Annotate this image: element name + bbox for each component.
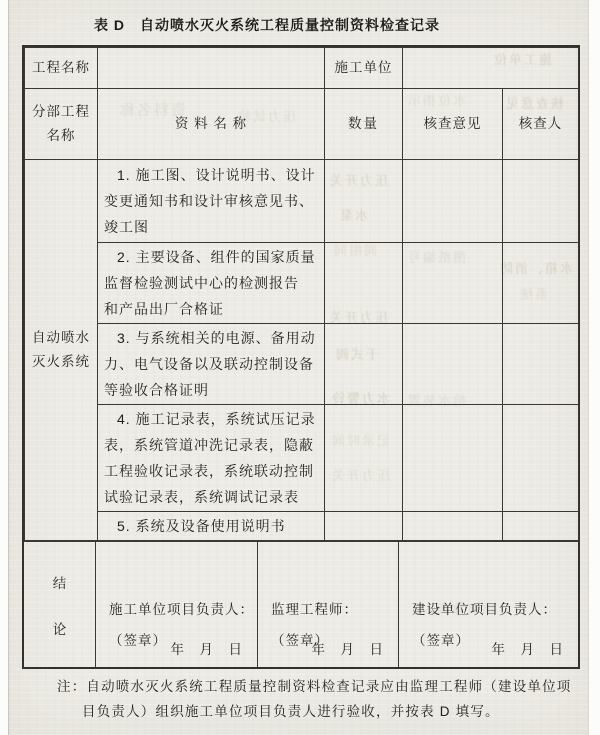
item-2-material-cell: 2. 主要设备、组件的国家质量 监督检验测试中心的检测报告 和产品出厂合格证	[98, 243, 325, 324]
owner-signature-cell: 建设单位项目负责人： （签章） 年 月 日	[399, 542, 578, 667]
item-4-quantity-cell	[325, 405, 403, 512]
item-row-1: 自动喷水 灭火系统 1. 施工图、设计说明书、设计 变更通知书和设计审核意见书、…	[25, 160, 579, 243]
subproject-header-cell: 分部工程 名称	[25, 89, 98, 160]
item-text-line: 表，系统管道冲洗记录表，隐蔽	[104, 432, 320, 458]
check-opinion-header-cell: 核查意见	[403, 89, 503, 160]
construction-unit-label-cell: 施工单位	[325, 48, 403, 89]
row-column-headers: 分部工程 名称 资 料 名 称 数量 核查意见 核查人	[25, 89, 579, 160]
construction-unit-value-cell	[403, 48, 579, 89]
item-5-quantity-cell	[325, 512, 403, 541]
system-name-cell: 自动喷水 灭火系统	[25, 160, 98, 541]
quantity-header-cell: 数量	[325, 89, 403, 160]
item-5-opinion-cell	[403, 512, 503, 541]
item-1-quantity-cell	[325, 160, 403, 243]
item-1-material-cell: 1. 施工图、设计说明书、设计 变更通知书和设计审核意见书、 竣工图	[98, 160, 325, 243]
item-3-opinion-cell	[403, 324, 503, 405]
item-1-opinion-cell	[403, 160, 503, 243]
item-text-line: 变更通知书和设计审核意见书、	[104, 188, 320, 214]
scanned-document-sheet: 施工单位 资料名称 水位指示 核查意见 压力试验 压力开关 水泵 阀组间 图纸编…	[0, 0, 600, 735]
footnote-line2: 目负责人）组织施工单位项目负责人进行验收，并按表 D 填写。	[57, 699, 572, 724]
item-1-checker-cell	[503, 160, 579, 243]
contractor-signature-title: 施工单位项目负责人：	[109, 598, 257, 618]
supervisor-date-label: 年 月 日	[312, 638, 385, 658]
item-text-line: 3. 与系统相关的电源、备用动	[104, 325, 320, 351]
supervisor-signature-cell: 监理工程师： （签章） 年 月 日	[258, 542, 399, 667]
contractor-signature-cell: 施工单位项目负责人： （签章） 年 月 日	[96, 542, 258, 667]
project-name-label-cell: 工程名称	[25, 48, 98, 89]
item-4-material-cell: 4. 施工记录表，系统试压记录 表，系统管道冲洗记录表，隐蔽 工程验收记录表，系…	[98, 405, 325, 512]
item-text-line: 力、电气设备以及联动控制设备	[104, 351, 320, 377]
item-3-checker-cell	[503, 324, 579, 405]
item-text-line: 监督检验测试中心的检测报告	[104, 270, 320, 296]
conclusion-label-line1: 结	[53, 572, 67, 592]
item-5-checker-cell	[503, 512, 579, 541]
row-project-info: 工程名称 施工单位	[25, 48, 579, 89]
item-row-2: 2. 主要设备、组件的国家质量 监督检验测试中心的检测报告 和产品出厂合格证	[25, 243, 579, 324]
footnote: 注：自动喷水灭火系统工程质量控制资料检查记录应由监理工程师（建设单位项 目负责人…	[57, 674, 572, 724]
item-text-line: 试验记录表，系统调试记录表	[104, 484, 320, 510]
item-text-line: 4. 施工记录表，系统试压记录	[104, 406, 320, 432]
item-2-opinion-cell	[403, 243, 503, 324]
item-2-quantity-cell	[325, 243, 403, 324]
subproject-header-line2: 名称	[25, 124, 97, 148]
form-table: 工程名称 施工单位 分部工程 名称 资 料 名 称 数量 核查意见 核查人 自动…	[24, 47, 579, 541]
owner-date-label: 年 月 日	[492, 638, 565, 658]
conclusion-label-cell: 结 论	[24, 542, 96, 667]
item-2-checker-cell	[503, 243, 579, 324]
item-3-material-cell: 3. 与系统相关的电源、备用动 力、电气设备以及联动控制设备 等验收合格证明	[98, 324, 325, 405]
item-text-line: 2. 主要设备、组件的国家质量	[104, 244, 320, 270]
item-text-line: 5. 系统及设备使用说明书	[104, 513, 320, 539]
page-title: 表 D 自动喷水灭火系统工程质量控制资料检查记录	[94, 15, 440, 35]
item-row-4: 4. 施工记录表，系统试压记录 表，系统管道冲洗记录表，隐蔽 工程验收记录表，系…	[25, 405, 579, 512]
system-name-line1: 自动喷水	[25, 326, 97, 350]
subproject-header-line1: 分部工程	[25, 100, 97, 124]
item-4-opinion-cell	[403, 405, 503, 512]
item-text-line: 和产品出厂合格证	[104, 296, 320, 322]
system-name-line2: 灭火系统	[25, 350, 97, 374]
item-text-line: 工程验收记录表，系统联动控制	[104, 458, 320, 484]
item-4-checker-cell	[503, 405, 579, 512]
item-text-line: 等验收合格证明	[104, 377, 320, 403]
conclusion-band: 结 论 施工单位项目负责人： （签章） 年 月 日 监理工程师： （签章） 年 …	[24, 541, 578, 667]
item-3-quantity-cell	[325, 324, 403, 405]
item-text-line: 1. 施工图、设计说明书、设计	[104, 162, 320, 188]
material-name-header-cell: 资 料 名 称	[98, 89, 325, 160]
conclusion-label-line2: 论	[53, 618, 67, 638]
owner-signature-title: 建设单位项目负责人：	[412, 598, 578, 618]
item-row-3: 3. 与系统相关的电源、备用动 力、电气设备以及联动控制设备 等验收合格证明	[25, 324, 579, 405]
item-row-5: 5. 系统及设备使用说明书	[25, 512, 579, 541]
item-text-line: 竣工图	[104, 214, 320, 240]
footnote-line1: 注：自动喷水灭火系统工程质量控制资料检查记录应由监理工程师（建设单位项	[57, 674, 572, 699]
contractor-date-label: 年 月 日	[171, 638, 244, 658]
item-5-material-cell: 5. 系统及设备使用说明书	[98, 512, 325, 541]
supervisor-signature-title: 监理工程师：	[271, 598, 398, 618]
inspection-record-table: 工程名称 施工单位 分部工程 名称 资 料 名 称 数量 核查意见 核查人 自动…	[22, 45, 580, 669]
project-name-value-cell	[98, 48, 325, 89]
checker-header-cell: 核查人	[503, 89, 579, 160]
